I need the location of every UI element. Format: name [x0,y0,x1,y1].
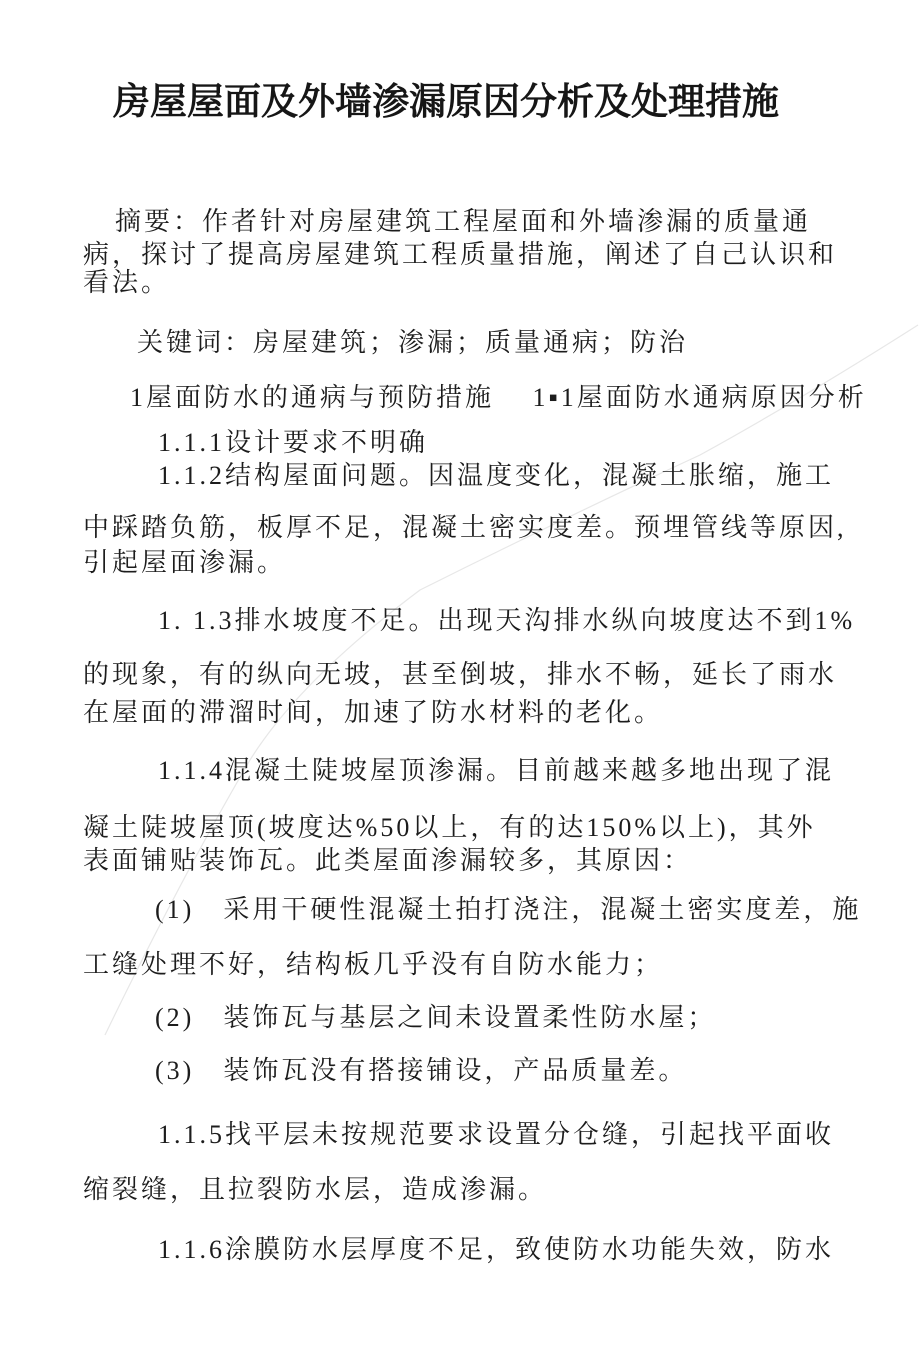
item-1-1-3-line-2: 的现象，有的纵向无坡，甚至倒坡，排水不畅，延长了雨水 [83,657,837,693]
abstract-line-2: 病，探讨了提高房屋建筑工程质量措施，阐述了自己认识和 [83,237,837,273]
abstract-line-1: 摘要：作者针对房屋建筑工程屋面和外墙渗漏的质量通 [115,204,811,240]
document-page: 房屋屋面及外墙渗漏原因分析及处理措施 摘要：作者针对房屋建筑工程屋面和外墙渗漏的… [0,0,920,1361]
cause-3-line: (3) 装饰瓦没有搭接铺设，产品质量差。 [155,1053,687,1089]
item-1-1-4-line-1: 1.1.4混凝土陡坡屋顶渗漏。目前越来越多地出现了混 [158,753,834,789]
item-1-1-2-line-1: 1.1.2结构屋面问题。因温度变化，混凝土胀缩，施工 [158,458,834,494]
item-1-1-4-line-3: 表面铺贴装饰瓦。此类屋面渗漏较多，其原因： [83,843,692,879]
section-heading-line: 1屋面防水的通病与预防措施 1▪1屋面防水通病原因分析 [130,380,867,416]
abstract-line-3: 看法。 [83,265,170,301]
item-1-1-2-line-2: 中踩踏负筋，板厚不足，混凝土密实度差。预埋管线等原因, [83,510,847,546]
item-1-1-6-line-1: 1.1.6涂膜防水层厚度不足，致使防水功能失效，防水 [158,1232,834,1268]
item-1-1-3-line-1: 1. 1.3排水坡度不足。出现天沟排水纵向坡度达不到1% [158,603,855,639]
item-1-1-5-line-1: 1.1.5找平层未按规范要求设置分仓缝，引起找平面收 [158,1117,834,1153]
item-1-1-2-line-3: 引起屋面渗漏。 [83,545,286,581]
cause-1-line-1: (1) 采用干硬性混凝土拍打浇注，混凝土密实度差，施 [155,892,861,928]
keywords-line: 关键词：房屋建筑；渗漏；质量通病；防治 [137,325,688,361]
cause-1-line-2: 工缝处理不好，结构板几乎没有自防水能力； [83,947,663,983]
item-1-1-1-line: 1.1.1设计要求不明确 [158,425,428,461]
item-1-1-4-line-2: 凝土陡坡屋顶(坡度达%50以上，有的达150%以上)，其外 [83,810,816,846]
item-1-1-3-line-3: 在屋面的滞溜时间，加速了防水材料的老化。 [83,695,663,731]
item-1-1-5-line-2: 缩裂缝，且拉裂防水层，造成渗漏。 [83,1172,547,1208]
cause-2-line: (2) 装饰瓦与基层之间未设置柔性防水屋； [155,1000,716,1036]
document-title: 房屋屋面及外墙渗漏原因分析及处理措施 [113,80,779,126]
